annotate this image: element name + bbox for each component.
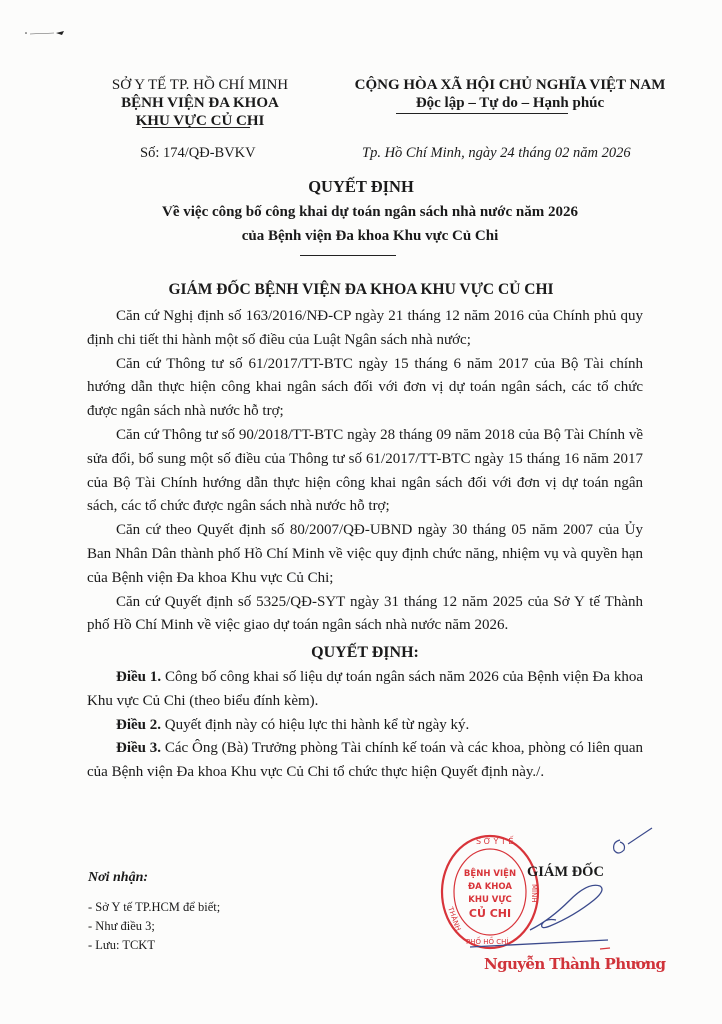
recipient-item: - Sở Y tế TP.HCM để biết; [88, 898, 220, 917]
hospital-name-line1: BỆNH VIỆN ĐA KHOA [60, 94, 340, 112]
subject-line1: Về việc công bố công khai dự toán ngân s… [60, 200, 680, 224]
place-and-date: Tp. Hồ Chí Minh, ngày 24 tháng 02 năm 20… [362, 145, 631, 162]
article-text: Quyết định này có hiệu lực thi hành kể t… [161, 717, 469, 733]
article-text: Công bố công khai số liệu dự toán ngân s… [87, 669, 643, 709]
nation-name: CỘNG HÒA XÃ HỘI CHỦ NGHĨA VIỆT NAM [330, 76, 690, 94]
legal-basis: Căn cứ Quyết định số 5325/QĐ-SYT ngày 31… [87, 591, 643, 639]
handwritten-signature-icon [470, 820, 670, 970]
article-label: Điều 1. [116, 669, 161, 685]
department-name: SỞ Y TẾ TP. HỒ CHÍ MINH [60, 76, 340, 94]
document-subject: Về việc công bố công khai dự toán ngân s… [60, 200, 680, 248]
article-1: Điều 1. Công bố công khai số liệu dự toá… [87, 666, 643, 714]
recipients-heading: Nơi nhận: [88, 870, 148, 886]
legal-basis: Căn cứ Thông tư số 61/2017/TT-BTC ngày 1… [87, 353, 643, 424]
subject-line2: của Bệnh viện Đa khoa Khu vực Củ Chi [60, 224, 680, 248]
national-header: CỘNG HÒA XÃ HỘI CHỦ NGHĨA VIỆT NAM Độc l… [330, 76, 690, 112]
decision-heading: QUYẾT ĐỊNH: [87, 641, 643, 665]
issuing-agency: SỞ Y TẾ TP. HỒ CHÍ MINH BỆNH VIỆN ĐA KHO… [60, 76, 340, 130]
legal-basis: Căn cứ Nghị định số 163/2016/NĐ-CP ngày … [87, 305, 643, 353]
article-3: Điều 3. Các Ông (Bà) Trưởng phòng Tài ch… [87, 737, 643, 785]
article-label: Điều 3. [116, 740, 161, 756]
document-title: QUYẾT ĐỊNH [0, 177, 722, 197]
article-text: Các Ông (Bà) Trưởng phòng Tài chính kế t… [87, 740, 643, 780]
issuing-authority: GIÁM ĐỐC BỆNH VIỆN ĐA KHOA KHU VỰC CỦ CH… [0, 281, 722, 299]
title-underline [300, 255, 396, 256]
legal-basis: Căn cứ Thông tư số 90/2018/TT-BTC ngày 2… [87, 424, 643, 519]
national-motto: Độc lập – Tự do – Hạnh phúc [330, 94, 690, 112]
recipients-list: - Sở Y tế TP.HCM để biết; - Như điều 3; … [88, 898, 220, 955]
scan-speck [24, 30, 68, 36]
agency-underline [142, 127, 250, 128]
motto-underline [396, 113, 568, 114]
article-2: Điều 2. Quyết định này có hiệu lực thi h… [87, 714, 643, 738]
document-number: Số: 174/QĐ-BVKV [140, 145, 256, 162]
signer-name: Nguyễn Thành Phương [484, 955, 665, 973]
document-body: Căn cứ Nghị định số 163/2016/NĐ-CP ngày … [87, 305, 643, 785]
recipient-item: - Lưu: TCKT [88, 936, 220, 955]
article-label: Điều 2. [116, 717, 161, 733]
legal-basis: Căn cứ theo Quyết định số 80/2007/QĐ-UBN… [87, 519, 643, 590]
recipient-item: - Như điều 3; [88, 917, 220, 936]
